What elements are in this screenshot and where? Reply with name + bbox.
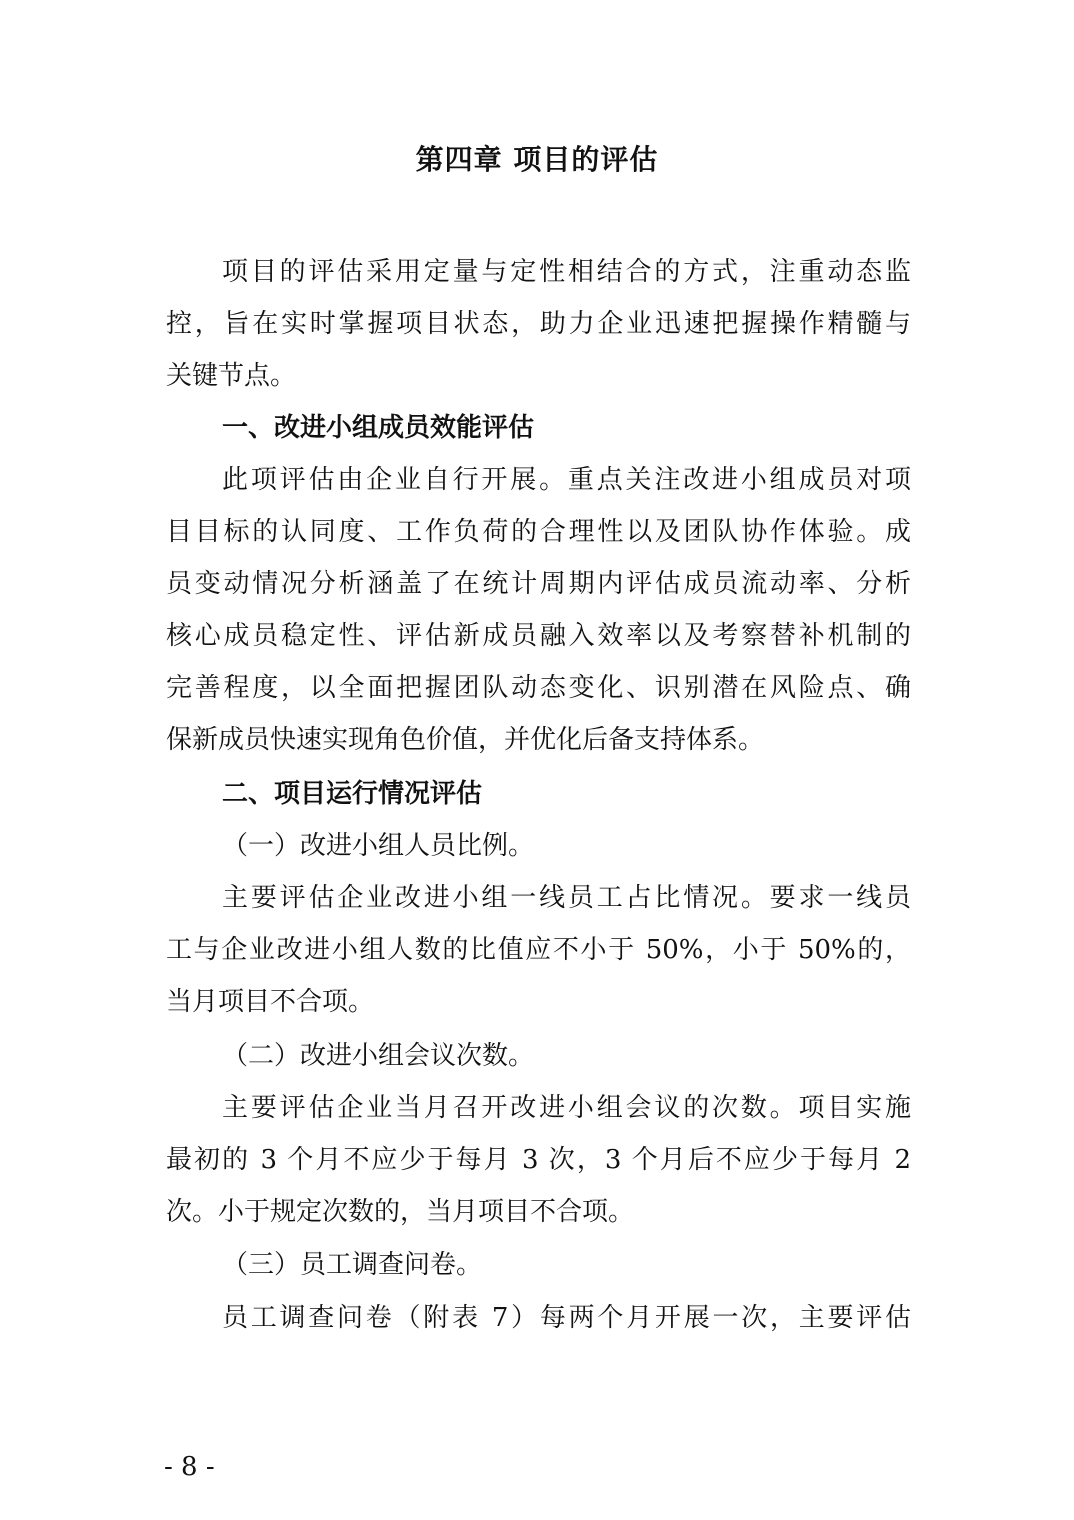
section-heading: 二、项目运行情况评估 <box>222 779 911 809</box>
subsection-heading: （二）改进小组会议次数。 <box>222 1041 967 1071</box>
subsection-heading: （三）员工调查问卷。 <box>222 1250 967 1280</box>
paragraph-line: 目目标的认同度、工作负荷的合理性以及团队协作体验。成 <box>166 517 911 547</box>
subsection-heading: （一）改进小组人员比例。 <box>222 831 967 861</box>
paragraph-line: 次。小于规定次数的，当月项目不合项。 <box>166 1197 911 1227</box>
paragraph-line: 工与企业改进小组人数的比值应不小于 50%，小于 50%的， <box>166 935 911 965</box>
paragraph-line: 员变动情况分析涵盖了在统计周期内评估成员流动率、分析 <box>166 569 911 599</box>
paragraph-line: 主要评估企业改进小组一线员工占比情况。要求一线员 <box>222 883 911 913</box>
page-number: - 8 - <box>164 1452 215 1482</box>
paragraph-line: 完善程度，以全面把握团队动态变化、识别潜在风险点、确 <box>166 673 911 703</box>
paragraph-line: 此项评估由企业自行开展。重点关注改进小组成员对项 <box>222 465 911 495</box>
chapter-title: 第四章 项目的评估 <box>0 138 1074 178</box>
document-page: 第四章 项目的评估 项目的评估采用定量与定性相结合的方式，注重动态监 控，旨在实… <box>0 0 1074 1520</box>
paragraph-line: 核心成员稳定性、评估新成员融入效率以及考察替补机制的 <box>166 621 911 651</box>
intro-line: 项目的评估采用定量与定性相结合的方式，注重动态监 <box>222 257 911 287</box>
intro-line: 控，旨在实时掌握项目状态，助力企业迅速把握操作精髓与 <box>166 309 911 339</box>
paragraph-line: 最初的 3 个月不应少于每月 3 次，3 个月后不应少于每月 2 <box>166 1145 911 1175</box>
section-heading: 一、改进小组成员效能评估 <box>222 413 911 443</box>
paragraph-line: 员工调查问卷（附表 7）每两个月开展一次，主要评估 <box>222 1303 911 1333</box>
paragraph-line: 保新成员快速实现角色价值，并优化后备支持体系。 <box>166 725 911 755</box>
paragraph-line: 当月项目不合项。 <box>166 987 911 1017</box>
intro-line: 关键节点。 <box>166 361 911 391</box>
paragraph-line: 主要评估企业当月召开改进小组会议的次数。项目实施 <box>222 1093 911 1123</box>
